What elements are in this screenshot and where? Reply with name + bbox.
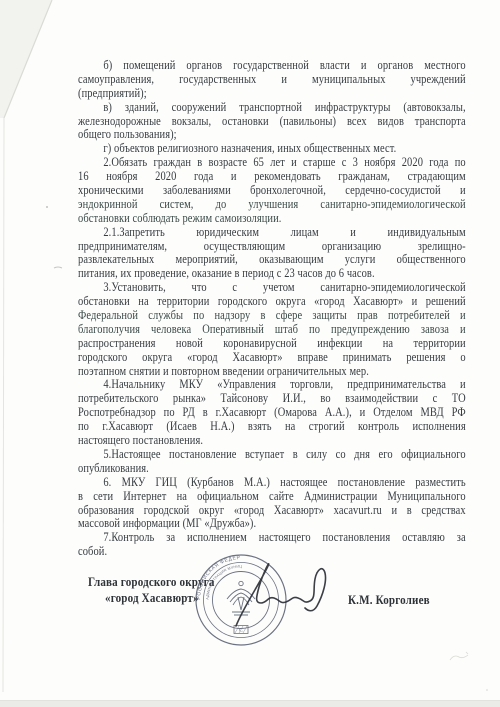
- text-line: хроническими заболеваниями бронхолегочно…: [78, 184, 466, 198]
- text-line: 4.Начальнику МКУ «Управления торговли, п…: [78, 378, 466, 392]
- text-line: предпринимателям, осуществляющим организ…: [78, 240, 466, 254]
- text-line: самоуправления, государственных и муници…: [78, 73, 466, 87]
- text-line: в сети Интернет на официальном сайте Адм…: [78, 490, 466, 504]
- text-line: питания, их проведение, оказание в перио…: [78, 267, 466, 281]
- text-line: Федеральной службы по надзору в сфере за…: [78, 309, 466, 323]
- text-line: образования городской округ «город Хасав…: [78, 504, 466, 518]
- text-line: 3.Установить, что с учетом санитарно-эпи…: [78, 281, 466, 295]
- text-line: 6. МКУ ГИЦ (Курбанов М.А.) настоящее пос…: [78, 476, 466, 490]
- scanned-document-page: б) помещений органов государственной вла…: [0, 0, 500, 707]
- text-line: г) объектов религиозного назначения, ины…: [78, 142, 466, 156]
- text-line: развлекательных мероприятий, оказывающим…: [78, 253, 466, 267]
- handwritten-signature: [205, 545, 345, 645]
- text-line: (предприятий);: [78, 87, 466, 101]
- text-line: общего пользования);: [78, 128, 466, 142]
- text-line: Роспотребнадзор по РД в г.Хасавюрт (Омар…: [78, 406, 466, 420]
- document-body: б) помещений органов государственной вла…: [78, 59, 466, 559]
- text-line: 16 ноября 2020 года и рекомендовать граж…: [78, 170, 466, 184]
- text-line: распространения новой коронавирусной инф…: [78, 337, 466, 351]
- text-line: б) помещений органов государственной вла…: [78, 59, 466, 73]
- text-line: поэтапном снятии и повторном введении ог…: [78, 365, 466, 379]
- text-line: благополучия человека Оперативный штаб п…: [78, 323, 466, 337]
- text-line: обстановки соблюдать режим самоизоляции.: [78, 212, 466, 226]
- text-line: по г.Хасавюрт (Исаев Н.А.) взять на стро…: [78, 420, 466, 434]
- text-line: 2.1.Запретить юридическим лицам и индиви…: [78, 226, 466, 240]
- text-line: 2.Обязать граждан в возрасте 65 лет и ст…: [78, 156, 466, 170]
- text-line: городского округа «город Хасавюрт» вправ…: [78, 351, 466, 365]
- text-line: эндокринной систем, до улучшения санитар…: [78, 198, 466, 212]
- text-line: массовой информации (МГ «Дружба»).: [78, 517, 466, 531]
- text-line: потребительского рынка» Тайсонову И.И., …: [78, 392, 466, 406]
- text-line: в) зданий, сооружений транспортной инфра…: [78, 101, 466, 115]
- text-line: 5.Настоящее постановление вступает в сил…: [78, 448, 466, 462]
- text-line: железнодорожные вокзалы, остановки (пави…: [78, 115, 466, 129]
- text-line: опубликования.: [78, 462, 466, 476]
- text-line: обстановки на территории городского окру…: [78, 295, 466, 309]
- text-line: 7.Контроль за исполнением настоящего пос…: [78, 531, 466, 545]
- signer-name: К.М. Корголиев: [348, 592, 430, 608]
- text-line: настоящего постановления.: [78, 434, 466, 448]
